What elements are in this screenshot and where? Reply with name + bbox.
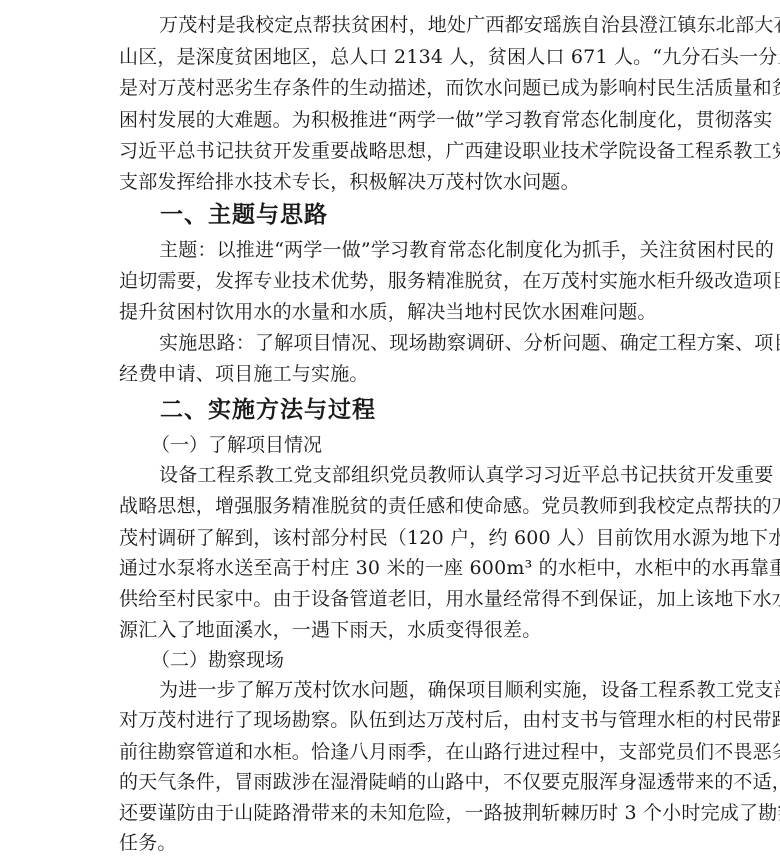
sub2-line: 为进一步了解万茂村饮水问题，确保项目顺利实施，设备工程系教工党支部 bbox=[159, 678, 664, 702]
subsection-heading-survey: （二）勘察现场 bbox=[151, 648, 284, 672]
section-heading-method: 二、实施方法与过程 bbox=[160, 395, 376, 425]
intro-line: 是对万茂村恶劣生存条件的生动描述，而饮水问题已成为影响村民生活质量和贫 bbox=[119, 76, 664, 100]
subsection-heading-project: （一）了解项目情况 bbox=[151, 433, 322, 457]
approach-line: 经费申请、项目施工与实施。 bbox=[119, 362, 664, 386]
intro-line: 支部发挥给排水技术专长，积极解决万茂村饮水问题。 bbox=[119, 170, 664, 194]
theme-line: 主题：以推进“两学一做”学习教育常态化制度化为抓手，关注贫困村民的 bbox=[159, 238, 664, 262]
sub1-line: 设备工程系教工党支部组织党员教师认真学习习近平总书记扶贫开发重要 bbox=[159, 463, 664, 487]
sub2-line: 对万茂村进行了现场勘察。队伍到达万茂村后，由村支书与管理水柜的村民带路 bbox=[119, 708, 664, 732]
sub2-line: 前往勘察管道和水柜。恰逢八月雨季，在山路行进过程中，支部党员们不畏恶劣 bbox=[119, 740, 664, 764]
intro-line: 山区，是深度贫困地区，总人口 2134 人，贫困人口 671 人。“九分石头一分… bbox=[119, 45, 664, 69]
sub1-line: 供给至村民家中。由于设备管道老旧，用水量经常得不到保证，加上该地下水水 bbox=[119, 587, 664, 611]
approach-line: 实施思路：了解项目情况、现场勘察调研、分析问题、确定工程方案、项目 bbox=[159, 331, 664, 355]
theme-line: 迫切需要，发挥专业技术优势，服务精准脱贫，在万茂村实施水柜升级改造项目， bbox=[119, 269, 664, 293]
intro-line: 困村发展的大难题。为积极推进“两学一做”学习教育常态化制度化，贯彻落实 bbox=[119, 108, 664, 132]
sub2-line: 任务。 bbox=[119, 831, 664, 855]
sub1-line: 战略思想，增强服务精准脱贫的责任感和使命感。党员教师到我校定点帮扶的万 bbox=[119, 494, 664, 518]
sub2-line: 还要谨防由于山陡路滑带来的未知危险，一路披荆斩棘历时 3 个小时完成了勘察 bbox=[119, 801, 664, 825]
document-page: 万茂村是我校定点帮扶贫困村，地处广西都安瑶族自治县澄江镇东北部大石 山区，是深度… bbox=[0, 0, 780, 856]
theme-line: 提升贫困村饮用水的水量和水质，解决当地村民饮水困难问题。 bbox=[119, 300, 664, 324]
sub2-line: 的天气条件，冒雨跋涉在湿滑陡峭的山路中，不仅要克服浑身湿透带来的不适， bbox=[119, 770, 664, 794]
sub1-line: 源汇入了地面溪水，一遇下雨天，水质变得很差。 bbox=[119, 618, 664, 642]
section-heading-theme: 一、主题与思路 bbox=[160, 200, 328, 230]
intro-line: 习近平总书记扶贫开发重要战略思想，广西建设职业技术学院设备工程系教工党 bbox=[119, 139, 664, 163]
intro-line: 万茂村是我校定点帮扶贫困村，地处广西都安瑶族自治县澄江镇东北部大石 bbox=[159, 13, 664, 37]
sub1-line: 茂村调研了解到，该村部分村民（120 户，约 600 人）目前饮用水源为地下水， bbox=[119, 526, 664, 550]
sub1-line: 通过水泵将水送至高于村庄 30 米的一座 600m³ 的水柜中，水柜中的水再靠重… bbox=[119, 556, 664, 580]
